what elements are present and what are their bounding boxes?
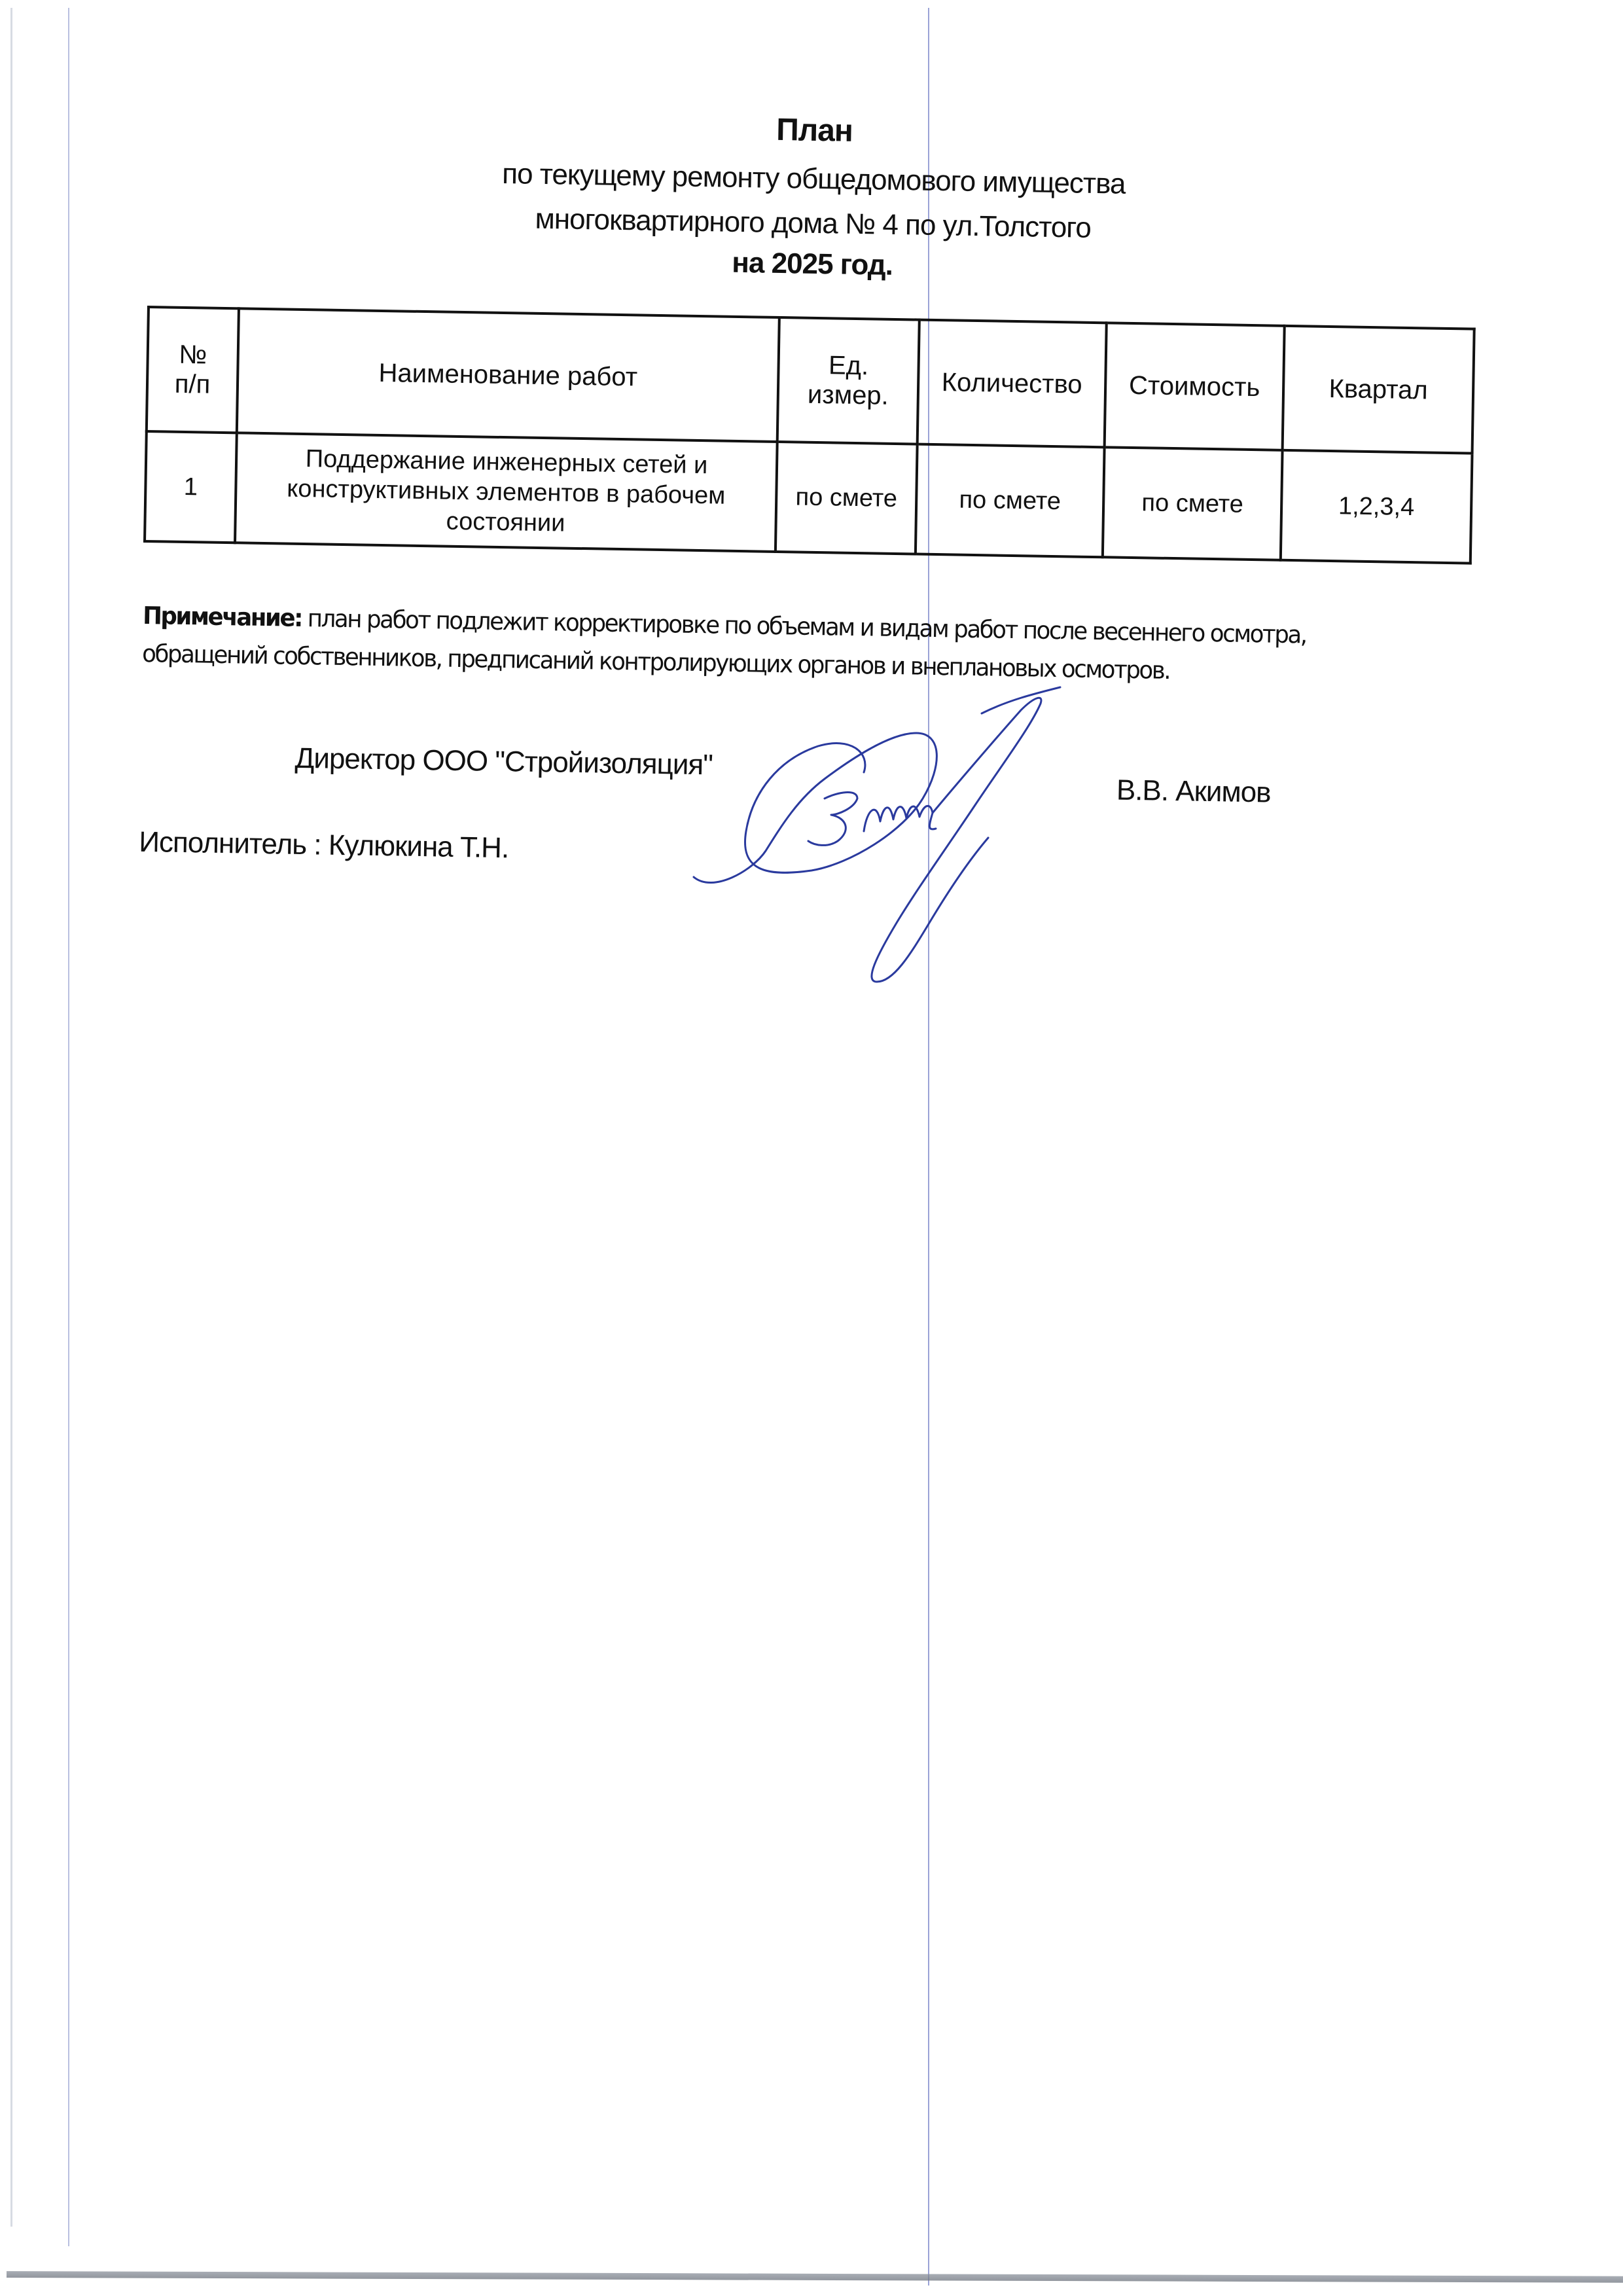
header-cost: Стоимость	[1105, 323, 1285, 450]
table-header-row: №п/п Наименование работ Ед.измер. Количе…	[147, 307, 1474, 454]
header-quantity: Количество	[918, 320, 1107, 448]
header-quarter: Квартал	[1283, 326, 1474, 454]
cell-number: 1	[145, 431, 237, 543]
table-row: 1 Поддержание инженерных сетей и констру…	[145, 431, 1472, 564]
cell-cost: по смете	[1103, 447, 1283, 560]
cell-quantity: по смете	[916, 444, 1105, 558]
cell-unit: по смете	[776, 442, 918, 554]
repair-plan-table: №п/п Наименование работ Ед.измер. Количе…	[143, 306, 1476, 565]
header-unit: Ед.измер.	[777, 317, 919, 444]
header-work-name: Наименование работ	[237, 308, 779, 442]
director-title: Директор ООО "Стройизоляция"	[294, 742, 713, 782]
scan-bottom-edge	[7, 2271, 1623, 2283]
cell-quarter: 1,2,3,4	[1281, 450, 1472, 564]
header-number: №п/п	[147, 307, 239, 433]
note-text: план работ подлежит корректировке по объ…	[142, 604, 1306, 685]
executor-line: Исполнитель : Кулюкина Т.Н.	[139, 826, 509, 865]
handwritten-signature-icon	[668, 674, 1165, 988]
document-title: План	[3, 99, 1623, 162]
cell-work-name: Поддержание инженерных сетей и конструкт…	[235, 433, 777, 552]
note-label: Примечание:	[143, 601, 302, 632]
